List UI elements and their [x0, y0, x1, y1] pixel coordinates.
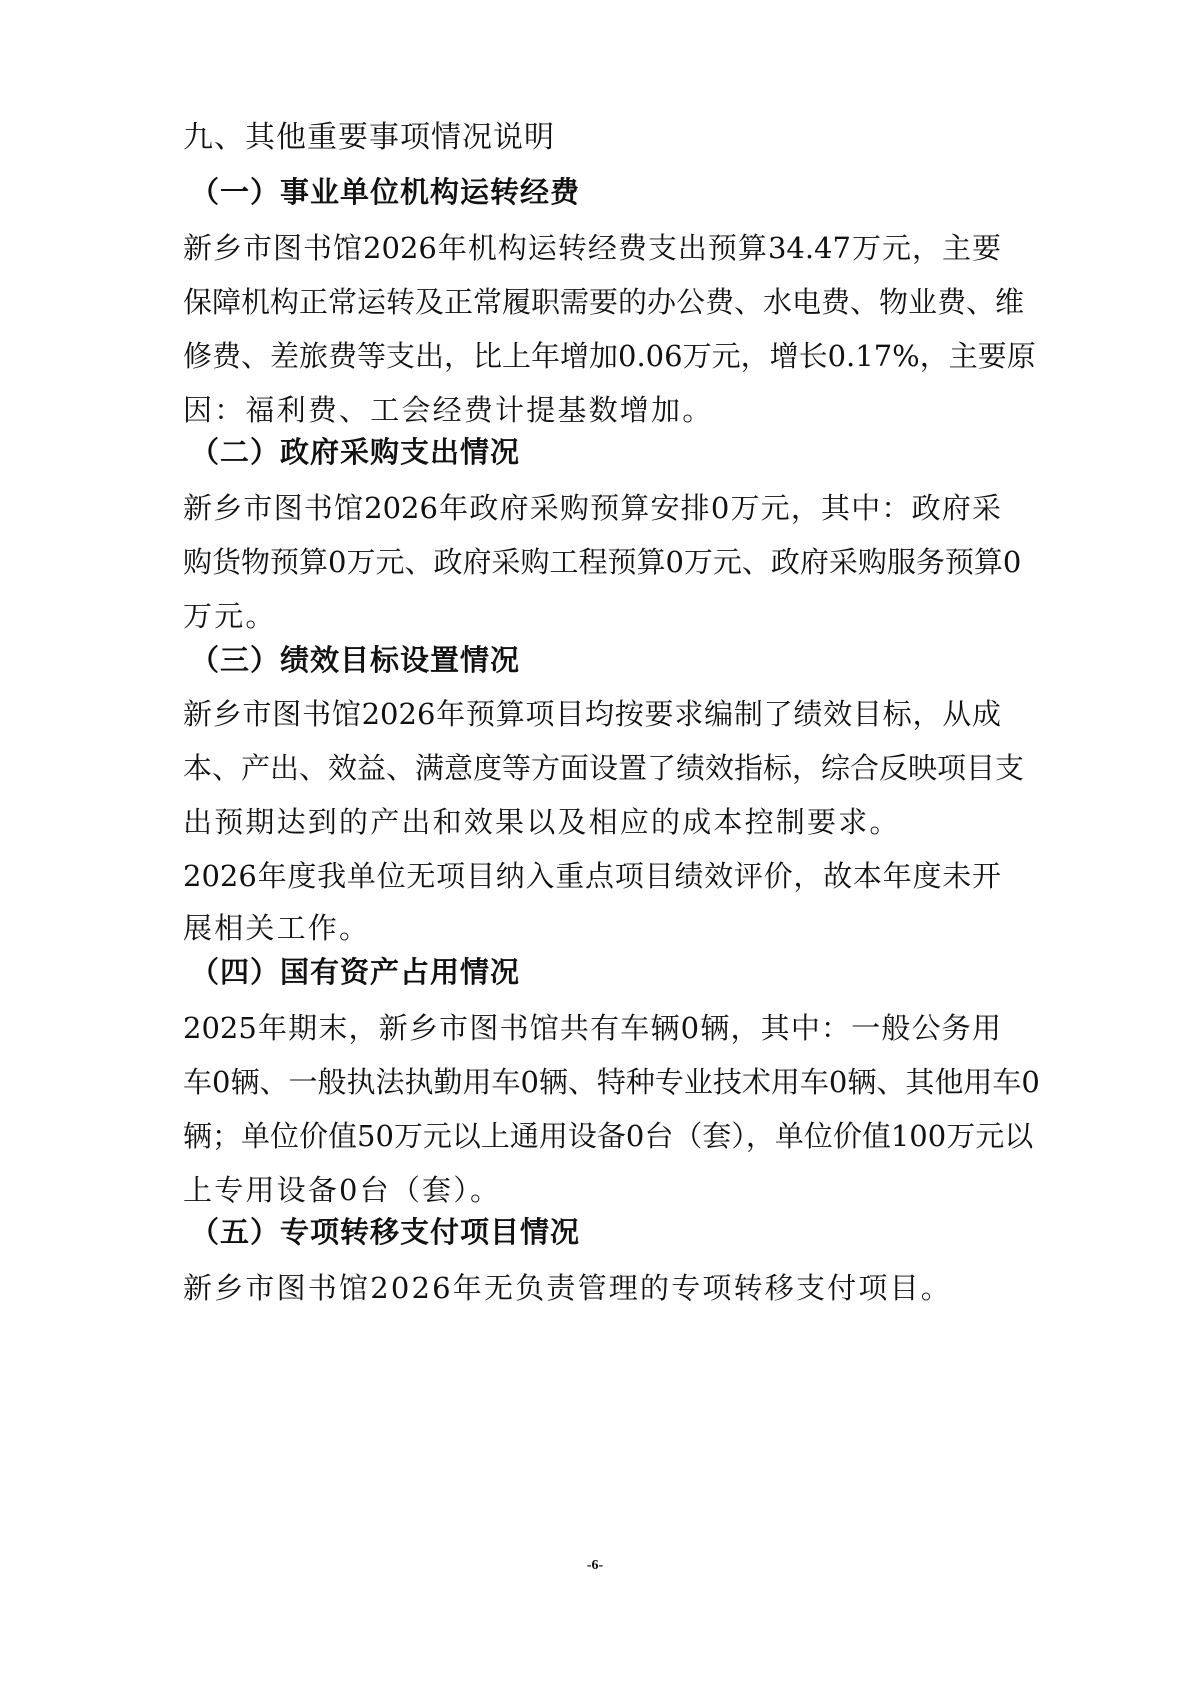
paragraph-line: 上专用设备0台（套）。 [183, 1170, 1003, 1210]
paragraph-line: 2026年度我单位无项目纳入重点项目绩效评价，故本年度未开 [183, 856, 1001, 896]
subsection-heading-1: （一）事业单位机构运转经费 [190, 172, 1010, 212]
paragraph-line: 新乡市图书馆2026年政府采购预算安排0万元，其中：政府采 [183, 488, 1001, 528]
subsection-heading-5: （五）专项转移支付项目情况 [190, 1212, 1010, 1252]
page-number: -6- [0, 1558, 1190, 1574]
subsection-heading-3: （三）绩效目标设置情况 [190, 640, 1010, 680]
paragraph-line: 新乡市图书馆2026年预算项目均按要求编制了绩效目标，从成 [183, 694, 1001, 734]
paragraph-line: 展相关工作。 [183, 908, 1003, 948]
section-title: 九、其他重要事项情况说明 [183, 118, 1003, 158]
paragraph-line: 万元。 [183, 596, 1003, 636]
paragraph-line: 修费、差旅费等支出，比上年增加0.06万元，增长0.17%，主要原 [183, 336, 1001, 376]
paragraph-line: 车0辆、一般执法执勤用车0辆、特种专业技术用车0辆、其他用车0 [183, 1062, 1001, 1102]
paragraph-line: 新乡市图书馆2026年机构运转经费支出预算34.47万元，主要 [183, 228, 1001, 268]
subsection-heading-4: （四）国有资产占用情况 [190, 952, 1010, 992]
paragraph-line: 新乡市图书馆2026年无负责管理的专项转移支付项目。 [183, 1268, 1003, 1308]
paragraph-line: 出预期达到的产出和效果以及相应的成本控制要求。 [183, 802, 1003, 842]
paragraph-line: 本、产出、效益、满意度等方面设置了绩效指标，综合反映项目支 [183, 748, 1001, 788]
paragraph-line: 2025年期末，新乡市图书馆共有车辆0辆，其中：一般公务用 [183, 1008, 1001, 1048]
paragraph-line: 保障机构正常运转及正常履职需要的办公费、水电费、物业费、维 [183, 282, 1001, 322]
subsection-heading-2: （二）政府采购支出情况 [190, 432, 1010, 472]
paragraph-line: 辆；单位价值50万元以上通用设备0台（套），单位价值100万元以 [183, 1116, 1001, 1156]
paragraph-line: 因：福利费、工会经费计提基数增加。 [183, 390, 1003, 430]
paragraph-line: 购货物预算0万元、政府采购工程预算0万元、政府采购服务预算0 [183, 542, 1001, 582]
